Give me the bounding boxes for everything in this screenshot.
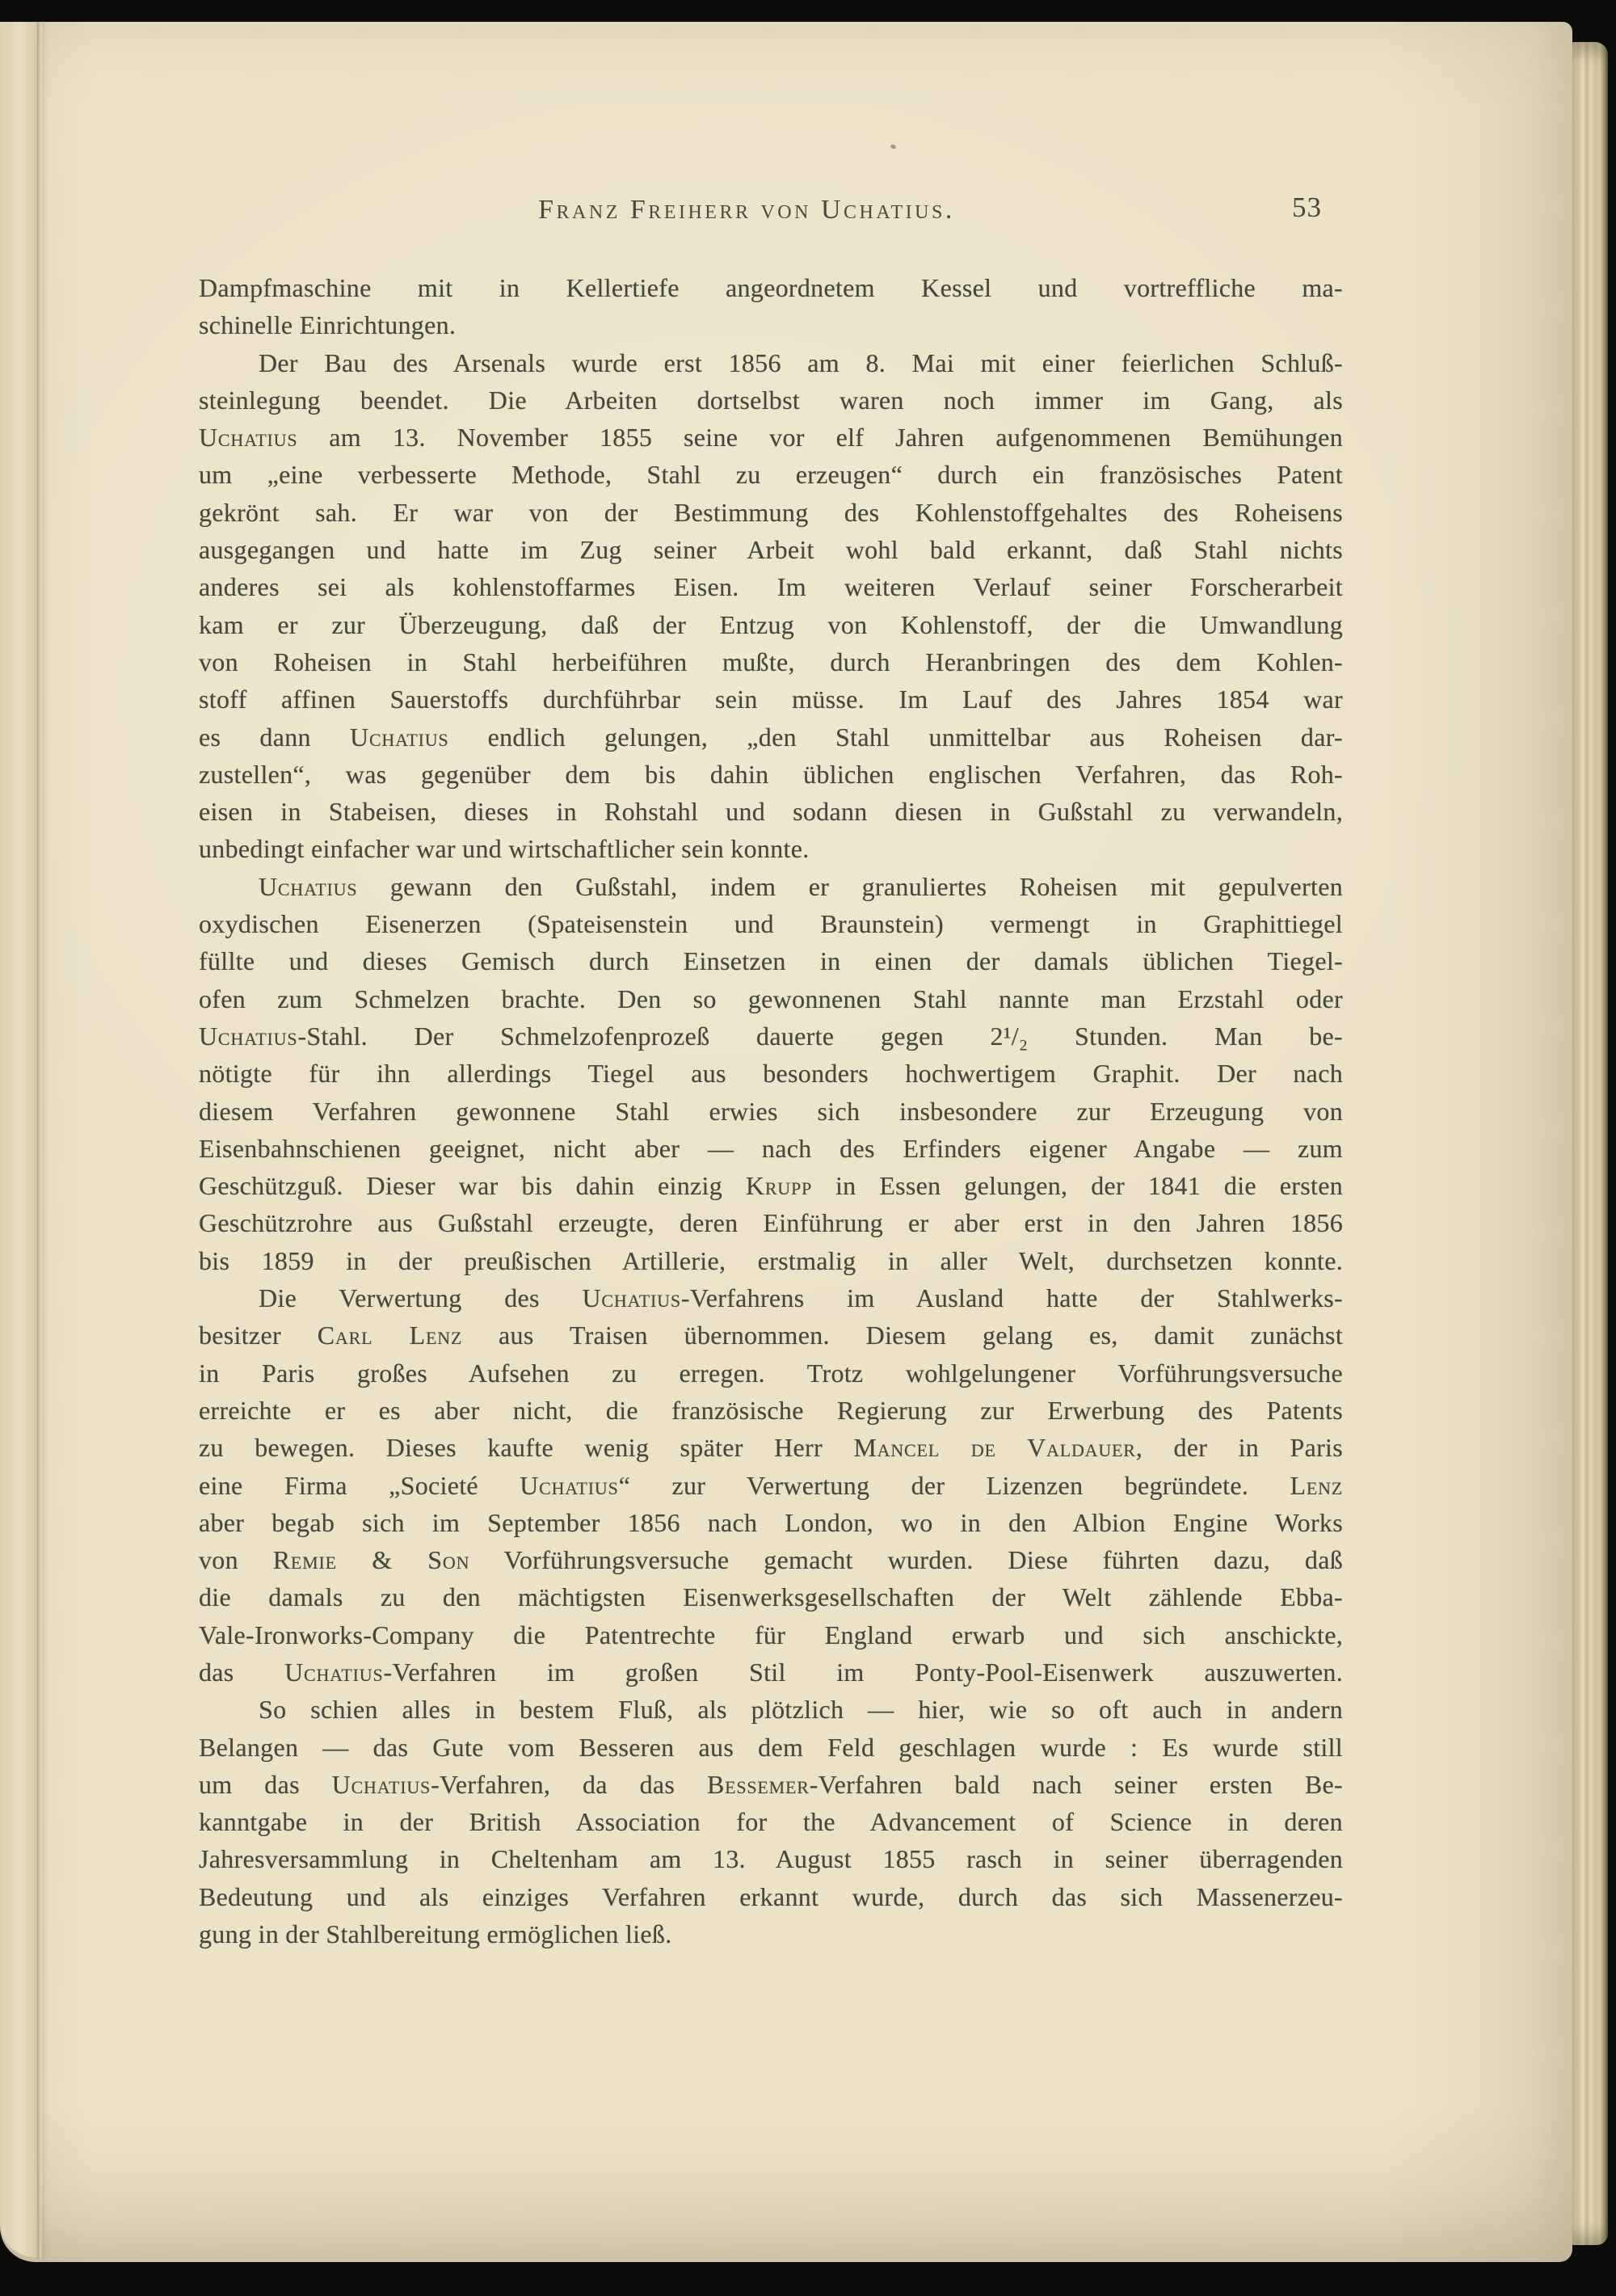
text-line: diesem Verfahren gewonnene Stahl erwies … bbox=[199, 1093, 1343, 1130]
text-line: Eisenbahnschienen geeignet, nicht aber —… bbox=[199, 1130, 1343, 1167]
page-number: 53 bbox=[1292, 192, 1322, 224]
text-line: kanntgabe in der British Association for… bbox=[199, 1803, 1343, 1840]
text-line: zustellen“, was gegenüber dem bis dahin … bbox=[199, 756, 1343, 793]
book-fore-edge-pages bbox=[1571, 42, 1608, 2245]
text-line: stoff affinen Sauerstoffs durchführbar s… bbox=[199, 680, 1343, 718]
scanned-book-photo: { "document": { "header": { "title": "Fr… bbox=[0, 0, 1616, 2296]
text-line: Dampfmaschine mit in Kellertiefe angeord… bbox=[199, 269, 1343, 306]
text-line: aber begab sich im September 1856 nach L… bbox=[199, 1504, 1343, 1541]
text-line: erreichte er es aber nicht, die französi… bbox=[199, 1392, 1343, 1429]
text-line: Geschützrohre aus Gußstahl erzeugte, der… bbox=[199, 1204, 1343, 1241]
text-line: besitzer Carl Lenz aus Traisen übernomme… bbox=[199, 1317, 1343, 1354]
scan-speck bbox=[890, 144, 896, 150]
text-line: nötigte für ihn allerdings Tiegel aus be… bbox=[199, 1055, 1343, 1092]
text-line: gung in der Stahlbereitung ermöglichen l… bbox=[199, 1915, 1343, 1953]
text-line: ausgegangen und hatte im Zug seiner Arbe… bbox=[199, 531, 1343, 568]
text-line: ofen zum Schmelzen brachte. Den so gewon… bbox=[199, 980, 1343, 1017]
text-line: die damals zu den mächtigsten Eisenwerks… bbox=[199, 1578, 1343, 1616]
text-line: das Uchatius-Verfahren im großen Stil im… bbox=[199, 1654, 1343, 1691]
text-line: um „eine verbesserte Methode, Stahl zu e… bbox=[199, 456, 1343, 493]
text-line: es dann Uchatius endlich gelungen, „den … bbox=[199, 718, 1343, 756]
text-line: eine Firma „Societé Uchatius“ zur Verwer… bbox=[199, 1467, 1343, 1504]
text-line: So schien alles in bestem Fluß, als plöt… bbox=[199, 1691, 1343, 1728]
text-line: eisen in Stabeisen, dieses in Rohstahl u… bbox=[199, 793, 1343, 830]
text-line: gekrönt sah. Er war von der Bestimmung d… bbox=[199, 494, 1343, 531]
running-header-title: Franz Freiherr von Uchatius. bbox=[538, 195, 955, 225]
text-line: Der Bau des Arsenals wurde erst 1856 am … bbox=[199, 344, 1343, 381]
gutter-crease bbox=[37, 22, 42, 2259]
text-line: Jahresversammlung in Cheltenham am 13. A… bbox=[199, 1840, 1343, 1877]
text-line: Vale-Ironworks-Company die Patentrechte … bbox=[199, 1616, 1343, 1654]
text-line: anderes sei als kohlenstoffarmes Eisen. … bbox=[199, 568, 1343, 605]
text-line: Uchatius am 13. November 1855 seine vor … bbox=[199, 419, 1343, 456]
text-line: in Paris großes Aufsehen zu erregen. Tro… bbox=[199, 1354, 1343, 1392]
text-line: zu bewegen. Dieses kaufte wenig später H… bbox=[199, 1429, 1343, 1466]
binding-gutter bbox=[0, 22, 38, 2257]
text-line: oxydischen Eisenerzen (Spateisenstein un… bbox=[199, 905, 1343, 942]
page-header: Franz Freiherr von Uchatius. 53 bbox=[199, 195, 1343, 235]
text-line: von Remie & Son Vorführungsversuche gema… bbox=[199, 1541, 1343, 1578]
text-line: Die Verwertung des Uchatius-Verfahrens i… bbox=[199, 1279, 1343, 1317]
text-line: von Roheisen in Stahl herbeiführen mußte… bbox=[199, 643, 1343, 680]
text-line: Geschützguß. Dieser war bis dahin einzig… bbox=[199, 1167, 1343, 1204]
text-line: bis 1859 in der preußischen Artillerie, … bbox=[199, 1242, 1343, 1279]
text-line: steinlegung beendet. Die Arbeiten dortse… bbox=[199, 381, 1343, 419]
text-line: Uchatius gewann den Gußstahl, indem er g… bbox=[199, 868, 1343, 905]
text-line: um das Uchatius-Verfahren, da das Bessem… bbox=[199, 1766, 1343, 1803]
book-page: Franz Freiherr von Uchatius. 53 Dampfmas… bbox=[0, 22, 1572, 2262]
text-line: Bedeutung und als einziges Verfahren erk… bbox=[199, 1878, 1343, 1915]
page-text: Dampfmaschine mit in Kellertiefe angeord… bbox=[199, 269, 1343, 1953]
text-line: Uchatius-Stahl. Der Schmelzofenprozeß da… bbox=[199, 1017, 1343, 1055]
text-line: unbedingt einfacher war und wirtschaftli… bbox=[199, 830, 1343, 867]
text-line: kam er zur Überzeugung, daß der Entzug v… bbox=[199, 606, 1343, 643]
text-line: Belangen — das Gute vom Besseren aus dem… bbox=[199, 1729, 1343, 1766]
text-line: schinelle Einrichtungen. bbox=[199, 306, 1343, 343]
text-line: füllte und dieses Gemisch durch Einsetze… bbox=[199, 942, 1343, 979]
